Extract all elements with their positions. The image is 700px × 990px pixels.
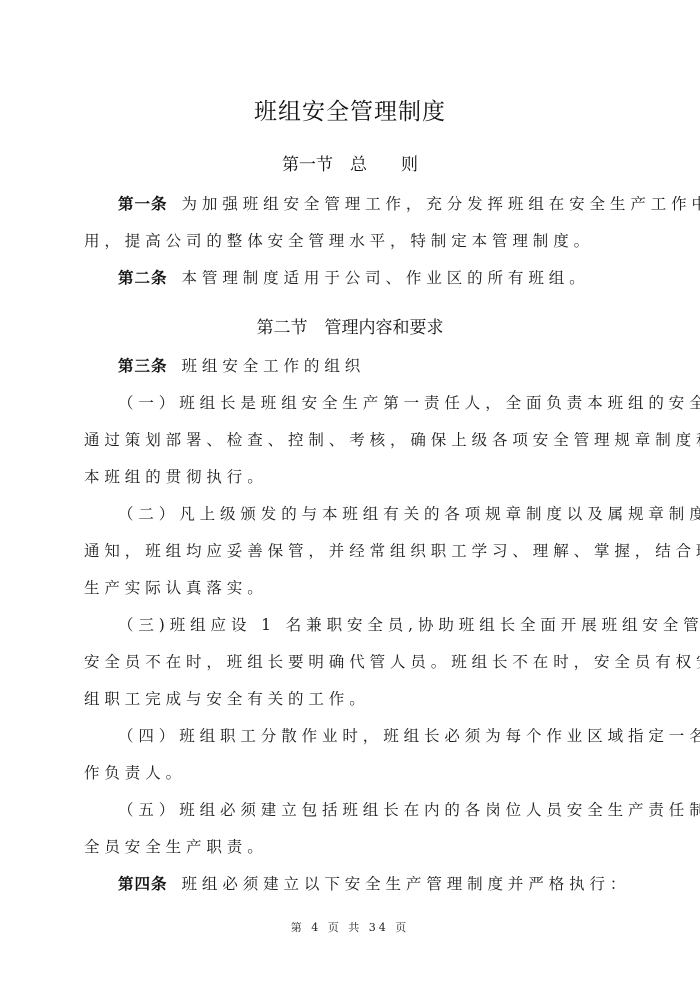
article-1-line-1: 第一条为加强班组安全管理工作，充分发挥班组在安全生产工作中的作 xyxy=(118,194,688,214)
item-3-line-3: 组职工完成与安全有关的工作。 xyxy=(84,689,654,709)
section-heading-1: 第一节 总 则 xyxy=(0,150,700,175)
item-5-line-2: 全员安全生产职责。 xyxy=(84,837,654,857)
item-1-line-2: 通过策划部署、检查、控制、考核，确保上级各项安全管理规章制度和要求在 xyxy=(84,430,654,450)
item-2-line-2: 通知，班组均应妥善保管，并经常组织职工学习、理解、掌握，结合班组安全 xyxy=(84,541,654,561)
item-2-line-1: （二）凡上级颁发的与本班组有关的各项规章制度以及属规章制度性质的 xyxy=(118,504,688,524)
item-1-line-3: 本班组的贯彻执行。 xyxy=(84,467,654,487)
section-heading-2: 第二节 管理内容和要求 xyxy=(0,313,700,338)
article-2-label: 第二条 xyxy=(118,268,168,287)
article-3-text: 班组安全工作的组织 xyxy=(182,357,366,375)
article-3-line-1: 第三条班组安全工作的组织 xyxy=(118,356,688,376)
document-page: 班组安全管理制度 第一节 总 则 第一条为加强班组安全管理工作，充分发挥班组在安… xyxy=(0,0,700,990)
page-footer: 第 4 页 共 34 页 xyxy=(0,919,700,935)
article-4-line-1: 第四条班组必须建立以下安全生产管理制度并严格执行： xyxy=(118,874,688,894)
article-1-text: 为加强班组安全管理工作，充分发挥班组在安全生产工作中的作 xyxy=(182,195,700,213)
item-4-line-2: 作负责人。 xyxy=(84,763,654,783)
item-2-line-3: 生产实际认真落实。 xyxy=(84,578,654,598)
article-2-text: 本管理制度适用于公司、作业区的所有班组。 xyxy=(182,269,590,287)
article-4-label: 第四条 xyxy=(118,874,168,893)
article-2-line-1: 第二条本管理制度适用于公司、作业区的所有班组。 xyxy=(118,268,688,288)
item-3-line-2: 安全员不在时，班组长要明确代管人员。班组长不在时，安全员有权安排本班 xyxy=(84,652,654,672)
item-3-line-1: （三)班组应设 1 名兼职安全员,协助班组长全面开展班组安全管理工作。 xyxy=(118,615,688,635)
document-title: 班组安全管理制度 xyxy=(0,93,700,126)
article-4-text: 班组必须建立以下安全生产管理制度并严格执行： xyxy=(182,875,631,893)
article-1-line-2: 用，提高公司的整体安全管理水平，特制定本管理制度。 xyxy=(84,231,654,251)
article-1-label: 第一条 xyxy=(118,194,168,213)
item-1-line-1: （一）班组长是班组安全生产第一责任人，全面负责本班组的安全工作， xyxy=(118,393,688,413)
item-4-line-1: （四）班组职工分散作业时，班组长必须为每个作业区域指定一名安全工 xyxy=(118,726,688,746)
article-3-label: 第三条 xyxy=(118,356,168,375)
item-5-line-1: （五）班组必须建立包括班组长在内的各岗位人员安全生产责任制，明确 xyxy=(118,800,688,820)
